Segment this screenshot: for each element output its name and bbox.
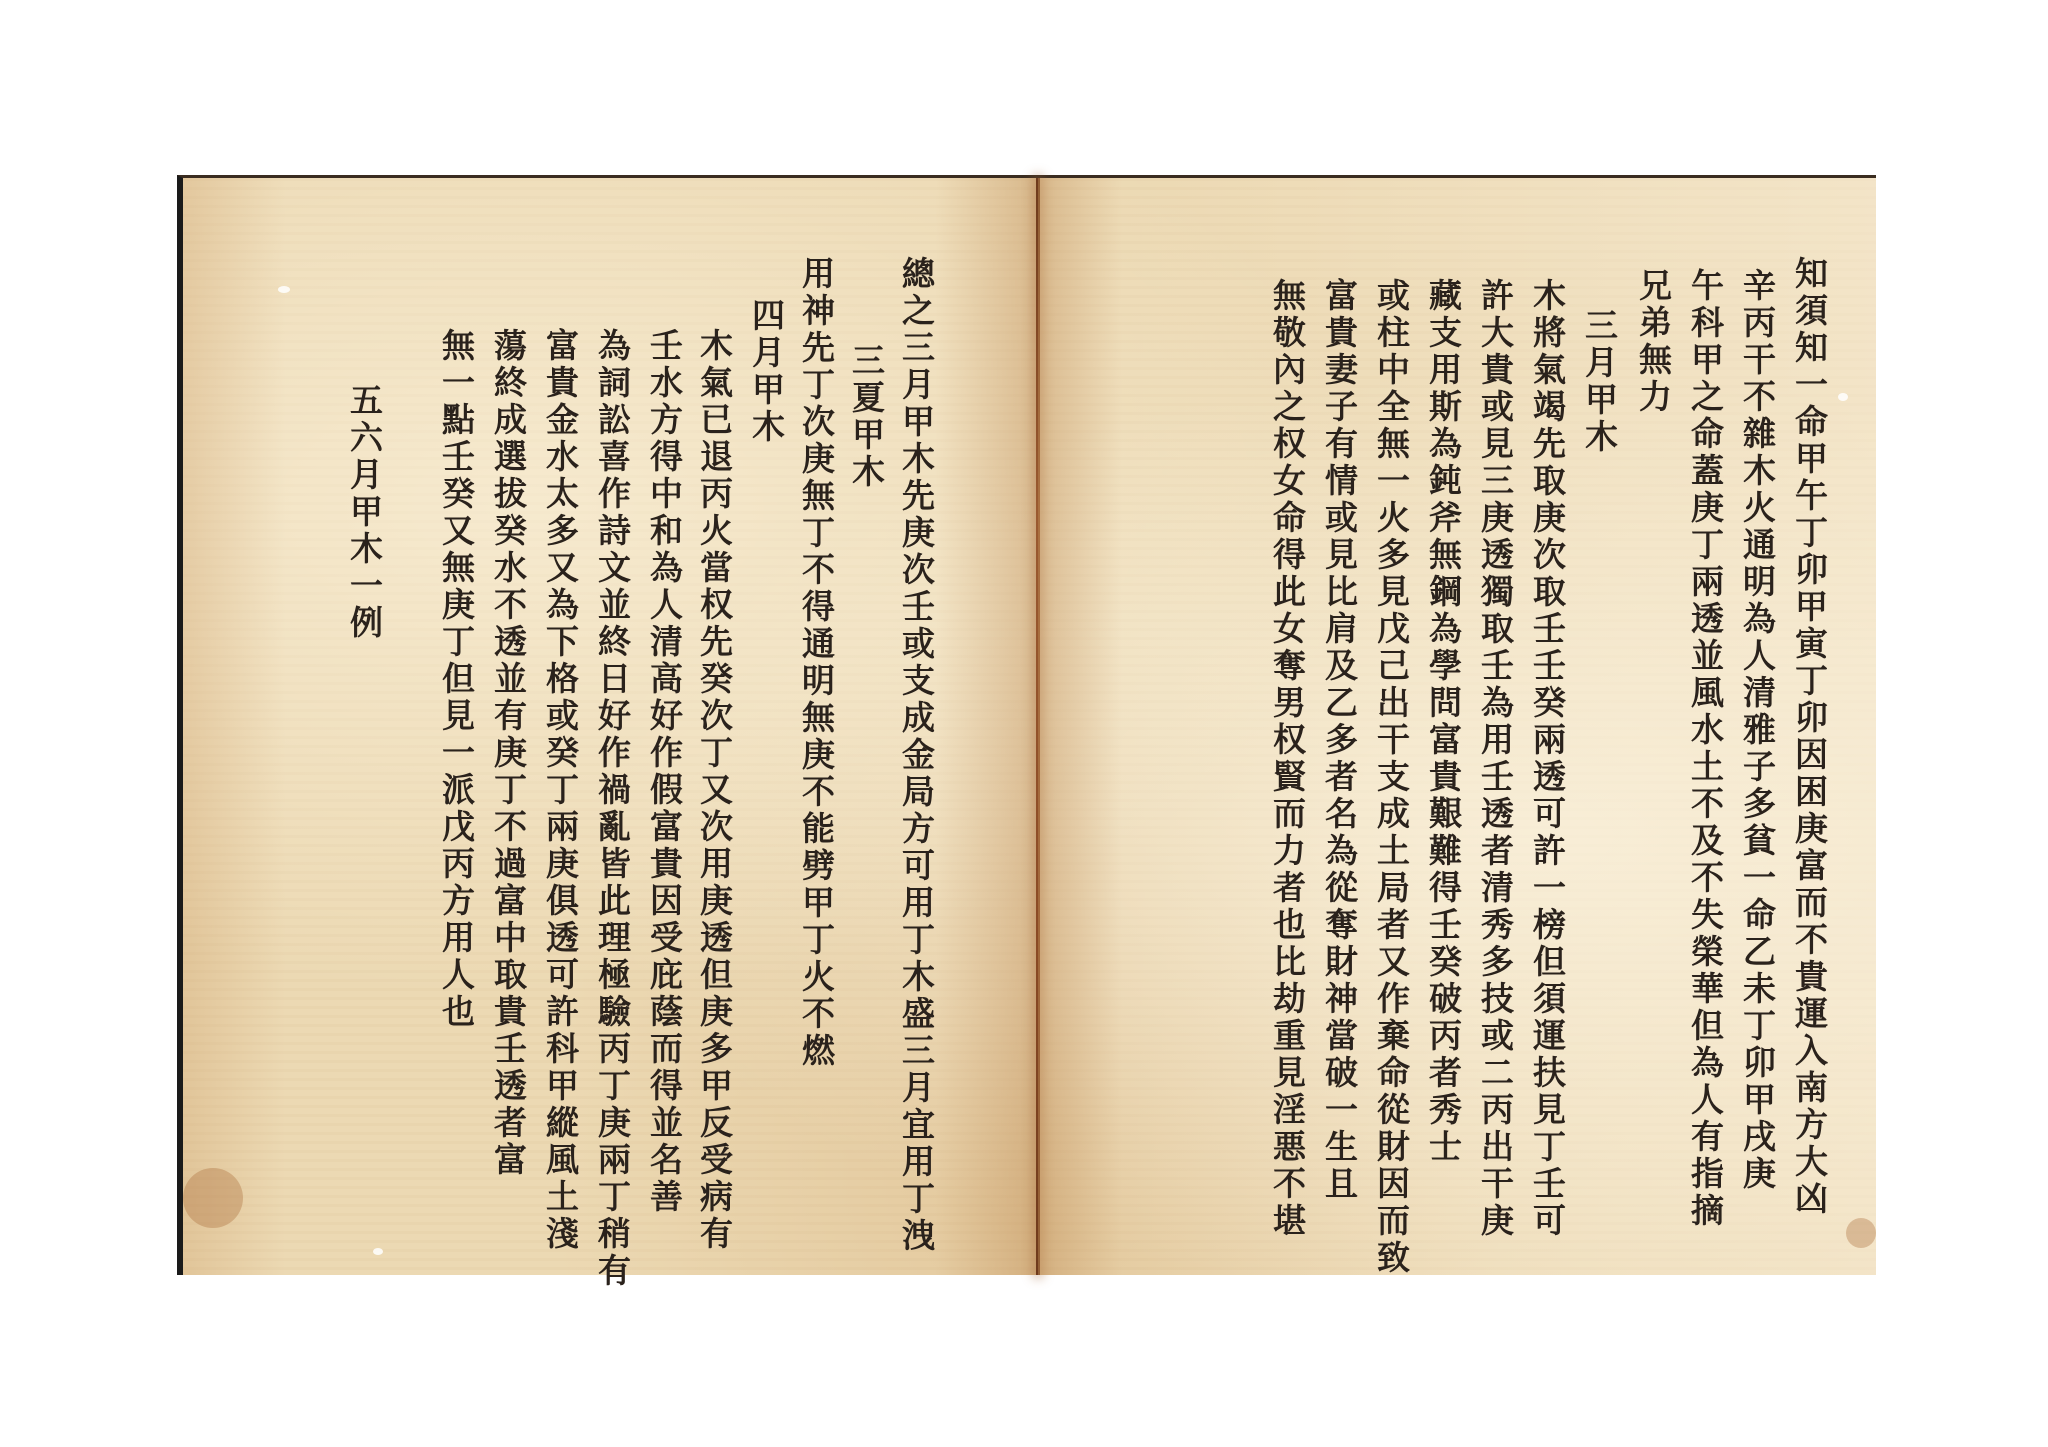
text-column: 兄弟無力 [1632, 268, 1674, 416]
left-page: 總之三月甲木先庚次壬或支成金局方可用丁木盛三月宜用丁洩 三夏甲木 用神先丁次庚無… [183, 178, 1038, 1275]
text-column: 知須知一命甲午丁卯甲寅丁卯因困庚富而不貴運入南方大凶 [1788, 256, 1830, 1218]
text-column: 午科甲之命蓋庚丁兩透並風水土不及不失榮華但為人有指摘 [1684, 268, 1726, 1230]
text-column: 許大貴或見三庚透獨取壬為用壬透者清秀多技或二丙出干庚 [1474, 278, 1516, 1240]
text-column: 蕩終成選拔癸水不透並有庚丁不過富中取貴壬透者富 [487, 328, 529, 1179]
text-column: 為詞訟喜作詩文並終日好作禍亂皆此理極驗丙丁庚兩丁稍有 [591, 328, 633, 1290]
text-column: 總之三月甲木先庚次壬或支成金局方可用丁木盛三月宜用丁洩 [895, 256, 937, 1255]
manuscript-spread: 總之三月甲木先庚次壬或支成金局方可用丁木盛三月宜用丁洩 三夏甲木 用神先丁次庚無… [177, 175, 1876, 1275]
paper-stain [183, 1168, 243, 1228]
section-heading: 四月甲木 [745, 298, 787, 446]
section-heading: 五六月甲木一例 [343, 383, 385, 642]
text-column: 或柱中全無一火多見戊己出干支成土局者又作棄命從財因而致 [1370, 278, 1412, 1277]
text-column: 無一點壬癸又無庚丁但見一派戊丙方用人也 [435, 328, 477, 1031]
text-column: 木氣已退丙火當权先癸次丁又次用庚透但庚多甲反受病有 [693, 328, 735, 1253]
paper-hole [373, 1248, 383, 1255]
text-column: 藏支用斯為鈍斧無鋼為學問富貴艱難得壬癸破丙者秀士 [1422, 278, 1464, 1166]
text-column: 用神先丁次庚無丁不得通明無庚不能劈甲丁火不燃 [795, 256, 837, 1070]
text-column: 富貴金水太多又為下格或癸丁兩庚俱透可許科甲縱風土淺 [539, 328, 581, 1253]
text-column: 木將氣竭先取庚次取壬壬癸兩透可許一榜但須運扶見丁壬可 [1526, 278, 1568, 1240]
text-column: 富貴妻子有情或見比肩及乙多者名為從奪財神當破一生且 [1318, 278, 1360, 1203]
paper-stain [1846, 1218, 1876, 1248]
paper-hole [1838, 393, 1848, 401]
text-column: 壬水方得中和為人清高好作假富貴因受庇蔭而得並名善 [643, 328, 685, 1216]
section-heading: 三月甲木 [1578, 308, 1620, 456]
section-heading: 三夏甲木 [845, 343, 887, 491]
paper-hole [278, 286, 290, 293]
text-column: 辛丙干不雜木火通明為人清雅子多貧一命乙未丁卯甲戌庚 [1736, 268, 1778, 1193]
right-page: 知須知一命甲午丁卯甲寅丁卯因困庚富而不貴運入南方大凶 辛丙干不雜木火通明為人清雅… [1038, 178, 1876, 1275]
text-column: 無敬內之权女命得此女奪男权賢而力者也比劫重見淫悪不堪 [1266, 278, 1308, 1240]
